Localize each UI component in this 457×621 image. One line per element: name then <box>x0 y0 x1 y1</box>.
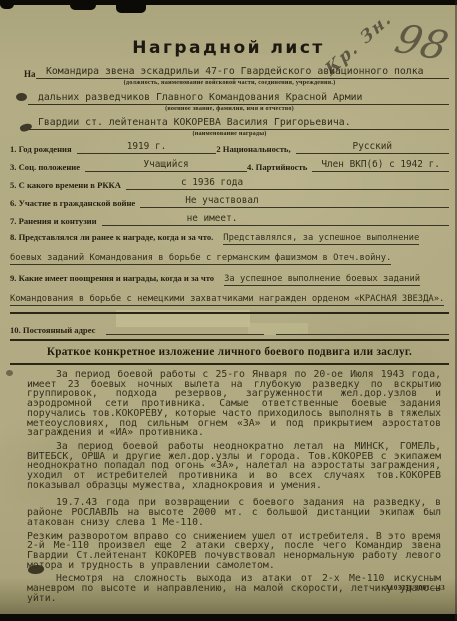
unit-continuation-line: дальних разведчиков Главного Командовани… <box>28 92 449 105</box>
field-value-party: Член ВКП(б) с 1942 г. <box>312 159 449 172</box>
heavy-rule <box>10 339 449 341</box>
form-row-9: 9. Какие имеет поощрения и награды, когд… <box>10 268 449 308</box>
form-row-3-4: 3. Соц. положение Учащийся 4. Партийност… <box>10 154 449 172</box>
form-row-1-2: 1. Год рождения 1919 г. 2 Национальность… <box>10 136 449 154</box>
caption-rank-name: (военное звание, фамилия, имя и отчество… <box>10 105 449 112</box>
field-label-wounds: 7. Ранения и контузии <box>10 216 102 226</box>
torn-paper-notch <box>0 0 14 9</box>
torn-paper-notch <box>116 0 146 13</box>
heavy-rule <box>10 363 449 365</box>
field-value-social-status: Учащийся <box>85 159 247 172</box>
narrative-paragraph: 19.7.43 года при возвращении с боевого з… <box>27 498 441 527</box>
narrative-paragraph: Несмотря на сложность выхода из атаки от… <box>27 574 441 603</box>
field-label-party: 4. Партийность <box>247 162 312 172</box>
document-title: Наградной лист <box>0 38 457 58</box>
field-label-birth-year: 1. Год рождения <box>10 144 77 154</box>
form-row-10: 10. Постоянный адрес <box>10 317 449 335</box>
personal-data-form: 1. Год рождения 1919 г. 2 Национальность… <box>10 136 449 368</box>
position-unit-line: Командира звена эскадрильи 47-го Гвардей… <box>36 66 449 79</box>
feat-description: За период боевой работы с 25-го Января п… <box>27 370 441 607</box>
print-plate-number: А103351 3001—43 <box>385 585 445 592</box>
field-label-nationality: 2 Национальность, <box>216 144 295 154</box>
form-row-5: 5. С какого времени в РККА с 1936 года <box>10 172 449 190</box>
scan-bottom-edge <box>0 614 457 621</box>
ink-smudge <box>6 370 13 376</box>
field-label-awards: 9. Какие имеет поощрения и награды, когд… <box>10 273 220 283</box>
narrative-paragraph: За период боевой работы с 25-го Января п… <box>27 370 441 438</box>
field-value-wounds: не имеет. <box>102 213 449 226</box>
field-value-nationality: Русский <box>296 141 449 154</box>
form-row-7: 7. Ранения и контузии не имеет. <box>10 208 449 226</box>
field-label-permanent-address: 10. Постоянный адрес <box>10 325 100 335</box>
narrative-paragraph: Резким разворотом вправо со снижением уш… <box>27 532 441 571</box>
field-value-civil-war: Не участвовал <box>140 195 449 208</box>
header-block: На Командира звена эскадрильи 47-го Гвар… <box>10 66 449 137</box>
address-blank-line <box>106 322 264 335</box>
address-blank-line <box>276 322 449 335</box>
na-label: На <box>10 69 36 79</box>
field-label-prior-nominations: 8. Представлялся ли ранее к награде, ког… <box>10 232 219 242</box>
torn-paper-notch <box>70 0 96 10</box>
section-heading: Краткое конкретное изложение личного бое… <box>10 344 449 359</box>
narrative-paragraph: За период боевой работы неоднократно лет… <box>27 442 441 491</box>
caption-position-unit: (должность, наименование войсковой части… <box>10 79 449 86</box>
torn-top-edge <box>0 0 457 5</box>
award-sheet-document: Кр. Зн. 98 Наградной лист На Командира з… <box>0 0 457 621</box>
field-label-rkka-since: 5. С какого времени в РККА <box>10 180 126 190</box>
form-row-8: 8. Представлялся ли ранее к награде, ког… <box>10 227 449 267</box>
form-row-6: 6. Участие в гражданской войне Не участв… <box>10 190 449 208</box>
field-label-civil-war: 6. Участие в гражданской войне <box>10 198 140 208</box>
field-value-birth-year: 1919 г. <box>77 141 217 154</box>
rank-name-line: Гвардии ст. лейтенанта КОКОРЕВА Василия … <box>28 117 449 130</box>
field-label-social-status: 3. Соц. положение <box>10 162 85 172</box>
field-value-rkka-since: с 1936 года <box>126 177 449 190</box>
heavy-rule <box>10 312 449 314</box>
